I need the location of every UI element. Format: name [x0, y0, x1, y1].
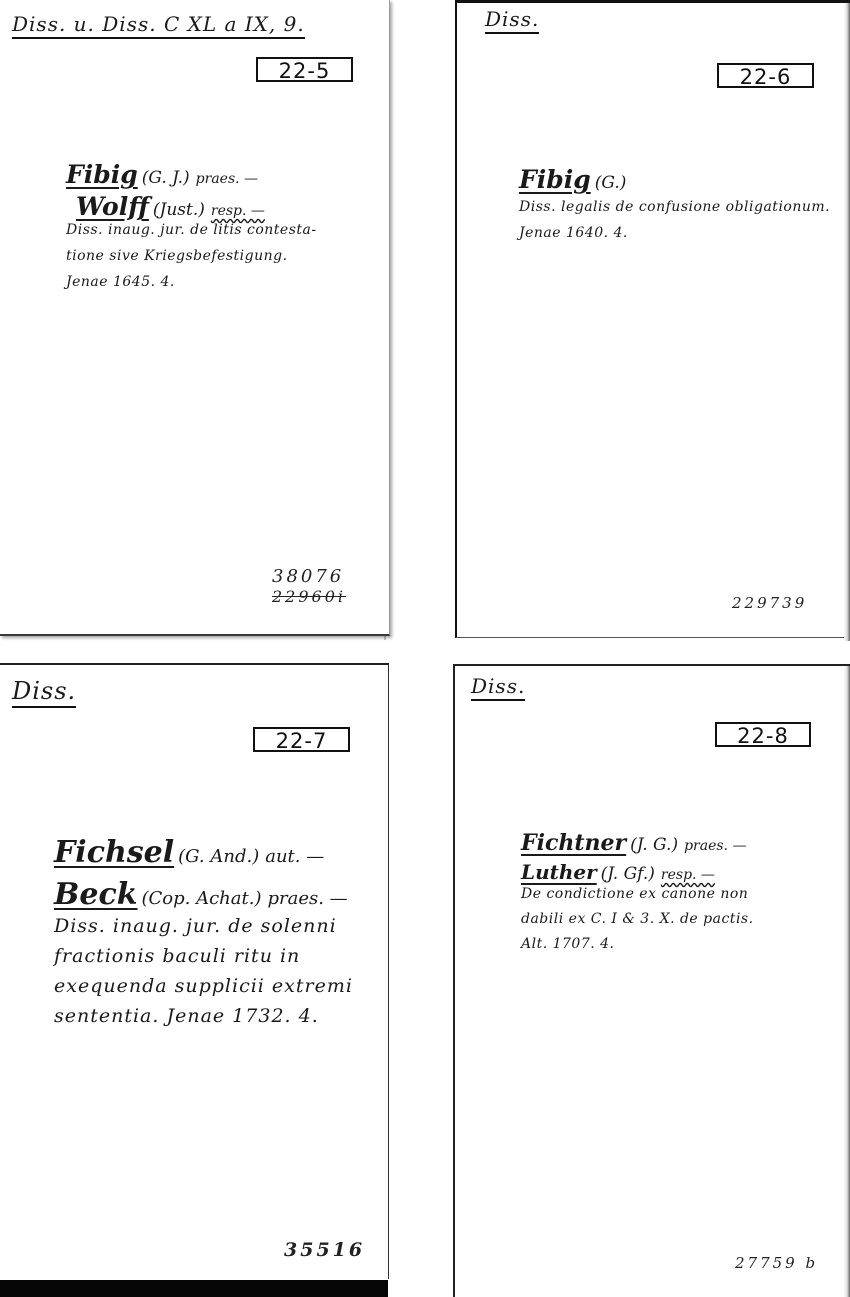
- title-line: Diss. inaug. jur. de solenni: [54, 915, 353, 945]
- person-role: praes. —: [267, 888, 347, 909]
- person-role: praes. —: [684, 838, 746, 854]
- title-line: Alt. 1707. 4.: [521, 936, 754, 961]
- person-initials: (Just.): [153, 200, 205, 220]
- person-line: Luther(J. Gf.)resp. —: [521, 860, 754, 886]
- title-line: exequenda supplicii extremi: [54, 975, 353, 1005]
- struck-accession-number: 22960i: [272, 587, 346, 606]
- accession-number: 229739: [732, 594, 807, 612]
- person-initials: (J. Gf.): [601, 864, 655, 884]
- person-initials: (G.): [595, 173, 627, 193]
- catalog-entry: Fibig(G. J.)praes. — Wolff(Just.)resp. —…: [66, 160, 317, 300]
- person-line: Wolff(Just.)resp. —: [76, 192, 317, 222]
- person-line: Fichsel(G. And.)aut. —: [54, 835, 353, 877]
- heading-text: Diss. u. Diss. C XL a IX, 9.: [12, 12, 305, 39]
- accession-number: 27759 b: [735, 1254, 818, 1272]
- call-number-box: 22-8: [715, 722, 811, 747]
- person-initials: (Cop. Achat.): [142, 888, 262, 909]
- catalog-entry: Fichsel(G. And.)aut. — Beck(Cop. Achat.)…: [54, 835, 353, 1035]
- person-name: Fibig: [66, 160, 138, 189]
- accession-numbers: 229739: [732, 594, 807, 612]
- title-line: Jenae 1645. 4.: [66, 274, 317, 300]
- person-name: Beck: [54, 877, 138, 912]
- card-heading: Diss.: [485, 9, 539, 29]
- person-name: Luther: [521, 860, 597, 884]
- call-number-box: 22-7: [253, 727, 350, 752]
- person-name: Fichtner: [521, 830, 626, 856]
- card-heading: Diss.: [12, 679, 76, 703]
- title-line: tione sive Kriegsbefestigung.: [66, 248, 317, 274]
- accession-numbers: 38076 22960i: [272, 566, 346, 606]
- person-line: Fibig(G. J.)praes. —: [66, 160, 317, 192]
- title-line: Diss. legalis de confusione obligationum…: [519, 199, 830, 225]
- accession-numbers: 27759 b: [735, 1254, 818, 1272]
- catalog-entry: Fichtner(J. G.)praes. — Luther(J. Gf.)re…: [521, 830, 754, 961]
- person-name: Fibig: [519, 165, 591, 194]
- title-line: sententia. Jenae 1732. 4.: [54, 1005, 353, 1035]
- person-initials: (J. G.): [630, 835, 678, 855]
- accession-number: 38076: [272, 566, 346, 587]
- person-role: aut. —: [265, 846, 324, 867]
- accession-number: 35516: [284, 1239, 365, 1261]
- card-heading: Diss.: [471, 676, 525, 696]
- call-number-box: 22-6: [717, 63, 814, 88]
- catalog-entry: Fibig(G.) Diss. legalis de confusione ob…: [519, 165, 830, 251]
- catalog-card-1: Diss. u. Diss. C XL a IX, 9. 22-5 Fibig(…: [0, 0, 390, 636]
- title-line: De condictione ex canone non: [521, 886, 754, 911]
- heading-text: Diss.: [471, 674, 525, 701]
- catalog-card-2: Diss. 22-6 Fibig(G.) Diss. legalis de co…: [455, 0, 850, 638]
- heading-text: Diss.: [12, 677, 76, 708]
- title-line: dabili ex C. I & 3. X. de pactis.: [521, 911, 754, 936]
- person-line: Fichtner(J. G.)praes. —: [521, 830, 754, 860]
- title-line: Diss. inaug. jur. de litis contesta-: [66, 222, 317, 248]
- person-initials: (G. J.): [142, 168, 190, 188]
- person-initials: (G. And.): [178, 846, 259, 867]
- call-number-box: 22-5: [256, 57, 353, 82]
- catalog-card-3: Diss. 22-7 Fichsel(G. And.)aut. — Beck(C…: [0, 663, 389, 1279]
- person-role: praes. —: [196, 171, 258, 187]
- person-line: Fibig(G.): [519, 165, 830, 199]
- person-name: Wolff: [76, 192, 149, 221]
- heading-text: Diss.: [485, 7, 539, 34]
- person-role: resp. —: [661, 867, 715, 883]
- scanned-catalog-sheet: Diss. u. Diss. C XL a IX, 9. 22-5 Fibig(…: [0, 0, 850, 1297]
- card-heading: Diss. u. Diss. C XL a IX, 9.: [12, 14, 305, 34]
- title-line: fractionis baculi ritu in: [54, 945, 353, 975]
- person-name: Fichsel: [54, 835, 174, 870]
- person-role: resp. —: [211, 203, 265, 219]
- person-line: Beck(Cop. Achat.)praes. —: [54, 877, 353, 915]
- scan-edge-shadow: [0, 1280, 388, 1297]
- accession-numbers: 35516: [284, 1239, 365, 1261]
- title-line: Jenae 1640. 4.: [519, 225, 830, 251]
- catalog-card-4: Diss. 22-8 Fichtner(J. G.)praes. — Luthe…: [453, 664, 850, 1297]
